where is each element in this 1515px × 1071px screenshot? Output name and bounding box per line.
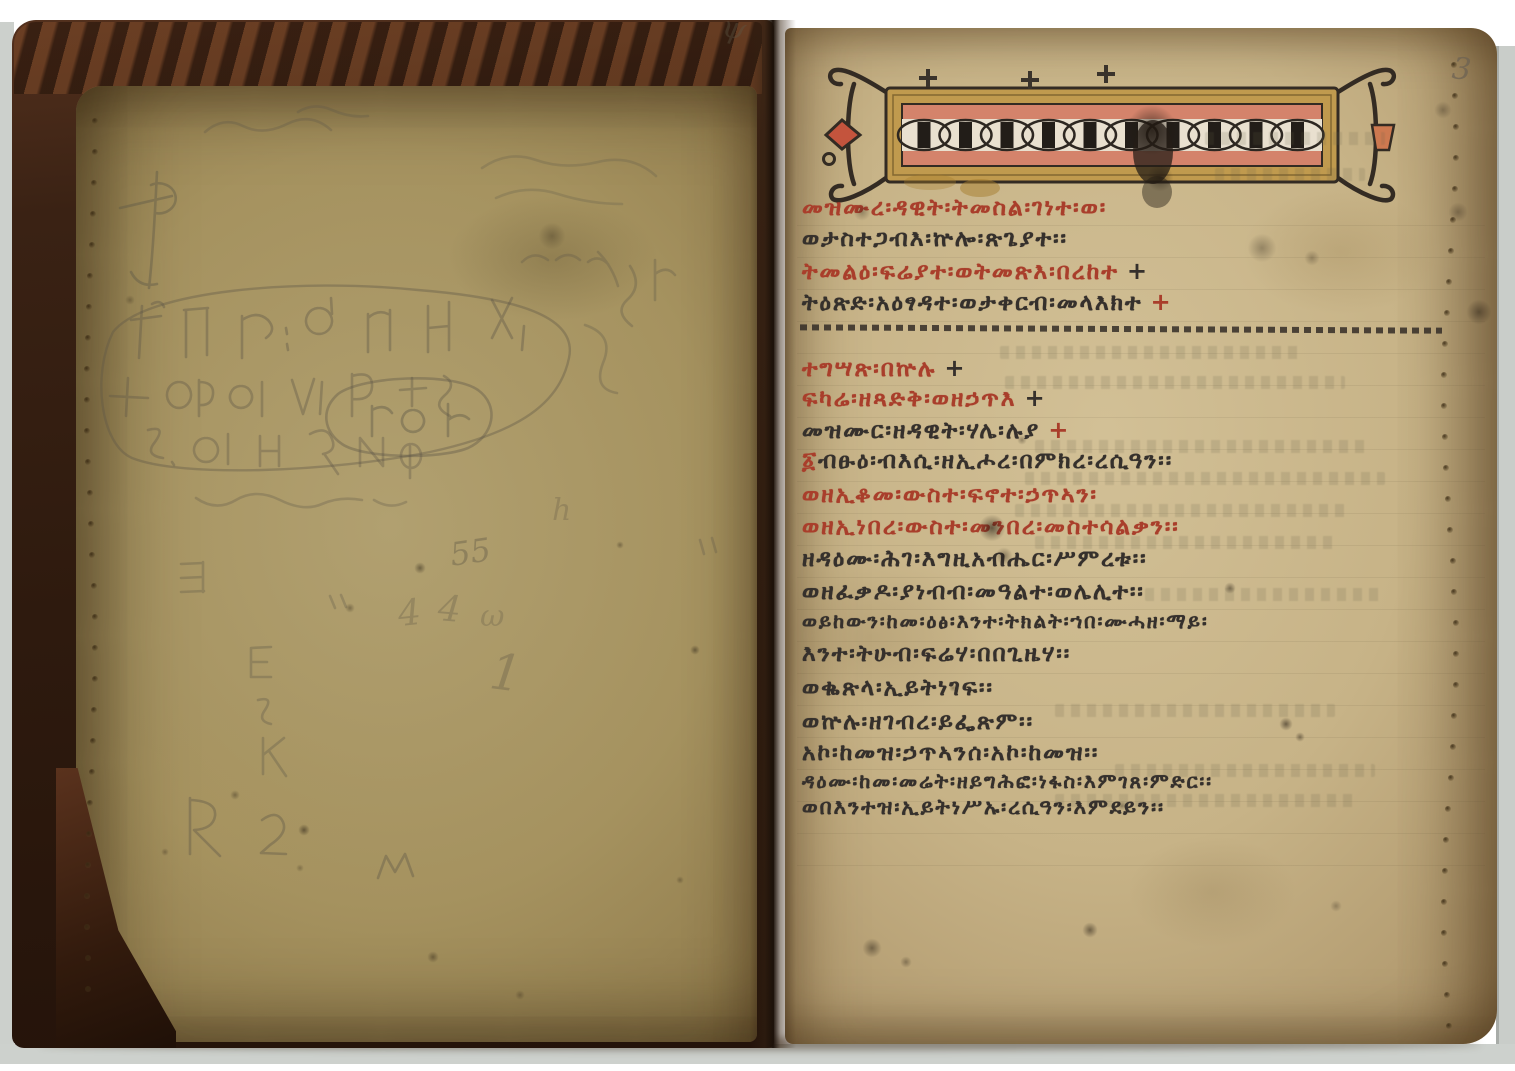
pricking-hole	[1453, 651, 1459, 657]
stain-spot	[345, 603, 355, 613]
stain-spot	[1082, 922, 1098, 938]
stain-spot	[1448, 202, 1468, 222]
pricking-hole	[92, 118, 98, 124]
pricking-hole	[84, 924, 90, 930]
text-line: ወዘኢቆመ፡ውስተ፡ፍኖተ፡ኃጥኣን፡	[802, 484, 1098, 507]
stain-spot	[125, 295, 135, 305]
geez-text: ዘዳዕሙ፡ሕገ፡እግዚአብሔር፡ሥምረቱ፡፡	[802, 546, 1148, 572]
stain-spot	[161, 848, 169, 856]
stain-spot	[1126, 104, 1178, 156]
stain-spot	[949, 684, 957, 692]
text-line: ወቈጽላ፡ኢይትነገፍ፡፡	[802, 677, 994, 700]
stain-spot	[616, 541, 624, 549]
pricking-hole	[92, 645, 98, 651]
pricking-hole	[89, 769, 95, 775]
geez-text: ብፁዕ፡ብእሲ፡ዘኢሖረ፡በምክረ፡ረሲዓን፡፡	[818, 448, 1173, 474]
stain-spot	[978, 514, 1006, 542]
geez-text: ትመልዕ፡ፍሬያተ፡ወትመጽእ፡በረከተ	[802, 259, 1119, 285]
pricking-hole	[1442, 868, 1448, 874]
text-line: ዘዳዕሙ፡ሕገ፡እግዚአብሔር፡ሥምረቱ፡፡	[802, 548, 1148, 571]
pricking-hole	[1453, 155, 1459, 161]
pricking-hole	[87, 490, 93, 496]
stain-spot	[1304, 250, 1320, 266]
geez-text: ወዘኢቆመ፡ውስተ፡ፍኖተ፡ኃጥኣን፡	[802, 482, 1098, 508]
rubricated-initial: ፩	[802, 448, 818, 474]
pencil-mark: 4	[436, 591, 462, 629]
show-through-row	[1205, 132, 1385, 145]
text-line: እንተ፡ትሁብ፡ፍሬሃ፡በበጊዜሃ፡፡	[802, 643, 1071, 666]
leather-texture	[14, 22, 762, 94]
cross-mark: +	[1151, 288, 1173, 316]
text-line: ተግሣጽ፡በኵሉ+	[802, 356, 967, 381]
text-line: መዝሙረ፡ዳዊት፡ትመስል፡ገነተ፡ወ፡	[802, 197, 1107, 220]
geez-text: መዝሙር፡ዘዳዊት፡ሃሌ፡ሉያ	[802, 418, 1040, 444]
text-line: አኮ፡ከመዝ፡ኃጥኣንሰ፡አኮ፡ከመዝ፡፡	[802, 742, 1099, 765]
stain-spot	[1295, 732, 1305, 742]
show-through-row	[1145, 588, 1385, 601]
pencil-mark: ω	[480, 602, 504, 632]
psalter-text-page: መዝሙረ፡ዳዊት፡ትመስል፡ገነተ፡ወ፡ወታስተጋብእ፡ኵሎ፡ጽጌያተ፡፡ትመል…	[785, 28, 1497, 1044]
pricking-hole	[90, 738, 96, 744]
pricking-hole	[92, 676, 98, 682]
pricking-hole	[1446, 1023, 1452, 1029]
geez-text: ፍካሬ፡ዘጻድቅ፡ወዘኃጥእ	[802, 386, 1016, 412]
text-line: ፍካሬ፡ዘጻድቅ፡ወዘኃጥእ+	[802, 386, 1047, 411]
pricking-hole	[89, 242, 95, 248]
pricking-hole	[86, 831, 92, 837]
stain-spot	[862, 938, 882, 958]
diamond-finial	[826, 120, 860, 149]
stain-spot	[900, 956, 912, 968]
pricking-hole	[88, 521, 94, 527]
pricking-hole	[1452, 186, 1458, 192]
stain-spot	[1466, 299, 1492, 325]
geez-text: እንተ፡ትሁብ፡ፍሬሃ፡በበጊዜሃ፡፡	[802, 641, 1071, 667]
stain-spot	[296, 864, 304, 872]
show-through-row	[1005, 376, 1345, 389]
geez-text: ተግሣጽ፡በኵሉ	[802, 356, 936, 382]
pencil-mark: h	[552, 496, 571, 526]
show-through-row	[1055, 704, 1335, 717]
text-line: መዝሙር፡ዘዳዊት፡ሃሌ፡ሉያ+	[802, 418, 1070, 443]
stain-spot	[1247, 233, 1277, 263]
pricking-hole	[91, 583, 97, 589]
pricking-hole	[92, 614, 98, 620]
text-line: ወይከውን፡ከመ፡ዕፅ፡እንተ፡ትክልት፡ኀበ፡ሙሓዘ፡ማይ፡	[802, 611, 1209, 631]
text-line: ዳዕሙ፡ከመ፡መሬት፡ዘይግሕፎ፡ነፋስ፡እምገጸ፡ምድር፡፡	[802, 771, 1213, 791]
geez-text: ወታስተጋብእ፡ኵሎ፡ጽጌያተ፡፡	[802, 226, 1068, 252]
text-line: ፩ብፁዕ፡ብእሲ፡ዘኢሖረ፡በምክረ፡ረሲዓን፡፡	[802, 450, 1173, 473]
pencil-mark: 55	[448, 533, 493, 570]
stain-spot	[995, 547, 1013, 565]
pricking-hole	[85, 335, 91, 341]
show-through-row	[1215, 168, 1365, 181]
pricking-hole	[1442, 341, 1448, 347]
stain-spot	[414, 562, 426, 574]
stain-spot	[1434, 101, 1452, 119]
cross-mark: +	[944, 354, 966, 382]
geez-text: ትዕጽድ፡አዕፃዳተ፡ወታቀርብ፡መላእክተ	[802, 290, 1143, 316]
pricking-hole	[85, 955, 91, 961]
pricking-hole	[1441, 403, 1447, 409]
text-line: ወኵሉ፡ዘገብረ፡ይፌጽም፡፡	[802, 711, 1034, 734]
geez-text: ወይከውን፡ከመ፡ዕፅ፡እንተ፡ትክልት፡ኀበ፡ሙሓዘ፡ማይ፡	[802, 609, 1209, 633]
stain-spot	[853, 203, 871, 221]
geez-text: ዳዕሙ፡ከመ፡መሬት፡ዘይግሕፎ፡ነፋስ፡እምገጸ፡ምድር፡፡	[802, 769, 1213, 793]
pricking-hole	[85, 862, 91, 868]
stain-spot	[230, 790, 240, 800]
stain-spot	[1279, 717, 1293, 731]
cross-mark: +	[1048, 416, 1070, 444]
pricking-hole	[1450, 558, 1456, 564]
pricking-hole	[1453, 682, 1459, 688]
show-through-row	[1000, 346, 1300, 359]
stain-spot	[427, 951, 439, 963]
stain-spot	[1117, 801, 1127, 811]
cross-mark: +	[1024, 384, 1046, 412]
pricking-hole	[1442, 961, 1448, 967]
backdrop-right	[1499, 46, 1515, 1056]
geez-text: ወኵሉ፡ዘገብረ፡ይፌጽም፡፡	[802, 709, 1034, 735]
stain-spot	[690, 645, 700, 655]
geez-text: ወቈጽላ፡ኢይትነገፍ፡፡	[802, 675, 994, 701]
pricking-hole	[1444, 992, 1450, 998]
stain-spot	[298, 824, 310, 836]
stain-spot	[515, 990, 525, 1000]
text-line: ትዕጽድ፡አዕፃዳተ፡ወታቀርብ፡መላእክተ+	[802, 290, 1173, 315]
binding-gutter	[750, 20, 796, 1048]
stain-spot	[1330, 900, 1342, 912]
pricking-hole	[1453, 124, 1459, 130]
pricking-hole	[1444, 310, 1450, 316]
stain-spot	[1146, 164, 1174, 192]
stain-spot	[1224, 582, 1236, 594]
pricking-hole	[1446, 279, 1452, 285]
cross-mark: +	[1127, 257, 1149, 285]
stain-spot	[676, 876, 684, 884]
geez-text: ወዘፈቃዶ፡ያነብብ፡መዓልተ፡ወሌሊተ፡፡	[802, 579, 1145, 605]
pricking-hole	[86, 304, 92, 310]
pricking-hole	[1453, 620, 1459, 626]
pricking-hole	[1448, 775, 1454, 781]
pricking-hole	[1448, 248, 1454, 254]
stain-spot	[1017, 435, 1027, 445]
text-line: ወበእንተዝ፡ኢይትነሥኡ፡ረሲዓን፡እምደይን፡፡	[802, 797, 1165, 818]
text-line: ትመልዕ፡ፍሬያተ፡ወትመጽእ፡በረከተ+	[802, 259, 1149, 284]
geez-text: መዝሙረ፡ዳዊት፡ትመስል፡ገነተ፡ወ፡	[802, 195, 1107, 221]
pricking-hole	[92, 149, 98, 155]
geez-text: አኮ፡ከመዝ፡ኃጥኣንሰ፡አኮ፡ከመዝ፡፡	[802, 740, 1099, 766]
stain-spot	[538, 222, 566, 250]
cross-marks	[919, 65, 1115, 89]
geez-text: ወበእንተዝ፡ኢይትነሥኡ፡ረሲዓን፡እምደይን፡፡	[802, 795, 1165, 819]
pricking-hole	[1442, 434, 1448, 440]
pricking-hole	[1450, 744, 1456, 750]
pencil-mark: 1	[487, 646, 525, 700]
page-number: 3	[1451, 51, 1473, 88]
text-line: ወታስተጋብእ፡ኵሎ፡ጽጌያተ፡፡	[802, 228, 1068, 251]
pencil-mark: 4	[396, 595, 423, 633]
text-line: ወዘፈቃዶ፡ያነብብ፡መዓልተ፡ወሌሊተ፡፡	[802, 581, 1145, 604]
pricking-hole	[84, 397, 90, 403]
manuscript-photo: 5544ω1hψ	[0, 0, 1515, 1071]
